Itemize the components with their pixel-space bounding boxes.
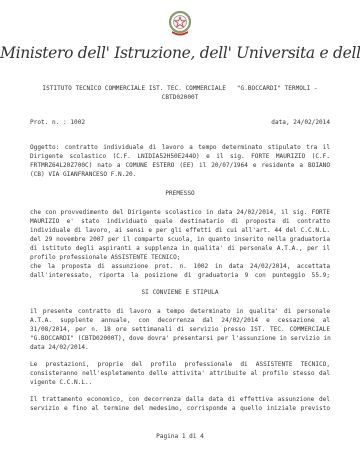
subject-section: Oggetto: contratto individuale di lavoro… [30,143,330,179]
subject-line: FRTMRZ64L20Z700C) nato a COMUNE ESTERO (… [30,161,330,170]
stipula-paragraph-2: Le prestazioni, proprie del profilo prof… [30,360,330,387]
premesso-heading: PREMESSO [30,189,330,198]
italian-republic-emblem-icon [168,10,192,38]
subject-line: (CB) VIA GIANFRANCESO F.N.20. [30,170,330,179]
school-name: ISTITUTO TECNICO COMMERCIALE IST. TEC. C… [30,84,330,93]
ministry-title: Ministero dell' Istruzione, dell' Univer… [0,44,360,62]
stipula-paragraph-3: Il trattamento economico, con decorrenza… [30,395,330,413]
stipula-line: "G.BOCCARDI" (CBTD02000T), dove dovra' p… [30,334,330,343]
document-page: Ministero dell' Istruzione, dell' Univer… [0,0,360,466]
premesso-line: profilo professionale ASSISTENTE TECNICO… [30,253,330,262]
protocol-row: Prot. n. : 1002 data, 24/02/2014 [30,118,330,127]
stipula-heading: SI CONVIENE E STIPULA [30,288,330,297]
stipula-line: consisteranno nell'espletamento delle at… [30,369,330,378]
premesso-line: che con provvedimento del Dirigente scol… [30,208,330,217]
premesso-line: MAURIZIO e' stato individuato quale dest… [30,217,330,226]
premesso-line: dall'interessato, riporta la posizione d… [30,271,330,280]
stipula-line: il presente contratto di lavoro a tempo … [30,307,330,316]
stipula-line: A.T.A. supplente annuale, con decorrenza… [30,316,330,325]
stipula-line: vigente C.C.N.L.. [30,378,330,387]
subject-line: Dirigente scolastico (C.F. LNIDIA52H50E2… [30,152,330,161]
protocol-number: Prot. n. : 1002 [30,118,85,127]
school-header: ISTITUTO TECNICO COMMERCIALE IST. TEC. C… [30,84,330,102]
stipula-line: 31/08/2014, per n. 18 ore settimanali di… [30,325,330,334]
stipula-line: data 24/02/2014. [30,343,330,352]
stipula-line: Le prestazioni, proprie del profilo prof… [30,360,330,369]
school-code: CBTD02000T [30,93,330,102]
stipula-line: servizio e fino al termine del medesimo,… [30,404,330,413]
premesso-line: del 29 novembre 2007 per il comparto scu… [30,235,330,244]
stipula-line: Il trattamento economico, con decorrenza… [30,395,330,404]
subject-line: Oggetto: contratto individuale di lavoro… [30,143,330,152]
document-date: data, 24/02/2014 [271,118,330,127]
premesso-line: individuale di lavoro, ai sensi e per gl… [30,226,330,235]
premesso-line: di istituto degli aspiranti a supplenza … [30,244,330,253]
page-number: Pagina 1 di 4 [30,432,330,441]
premesso-section: che con provvedimento del Dirigente scol… [30,208,330,280]
premesso-line: che la proposta di assunzione prot. n. 1… [30,262,330,271]
stipula-paragraph-1: il presente contratto di lavoro a tempo … [30,307,330,352]
